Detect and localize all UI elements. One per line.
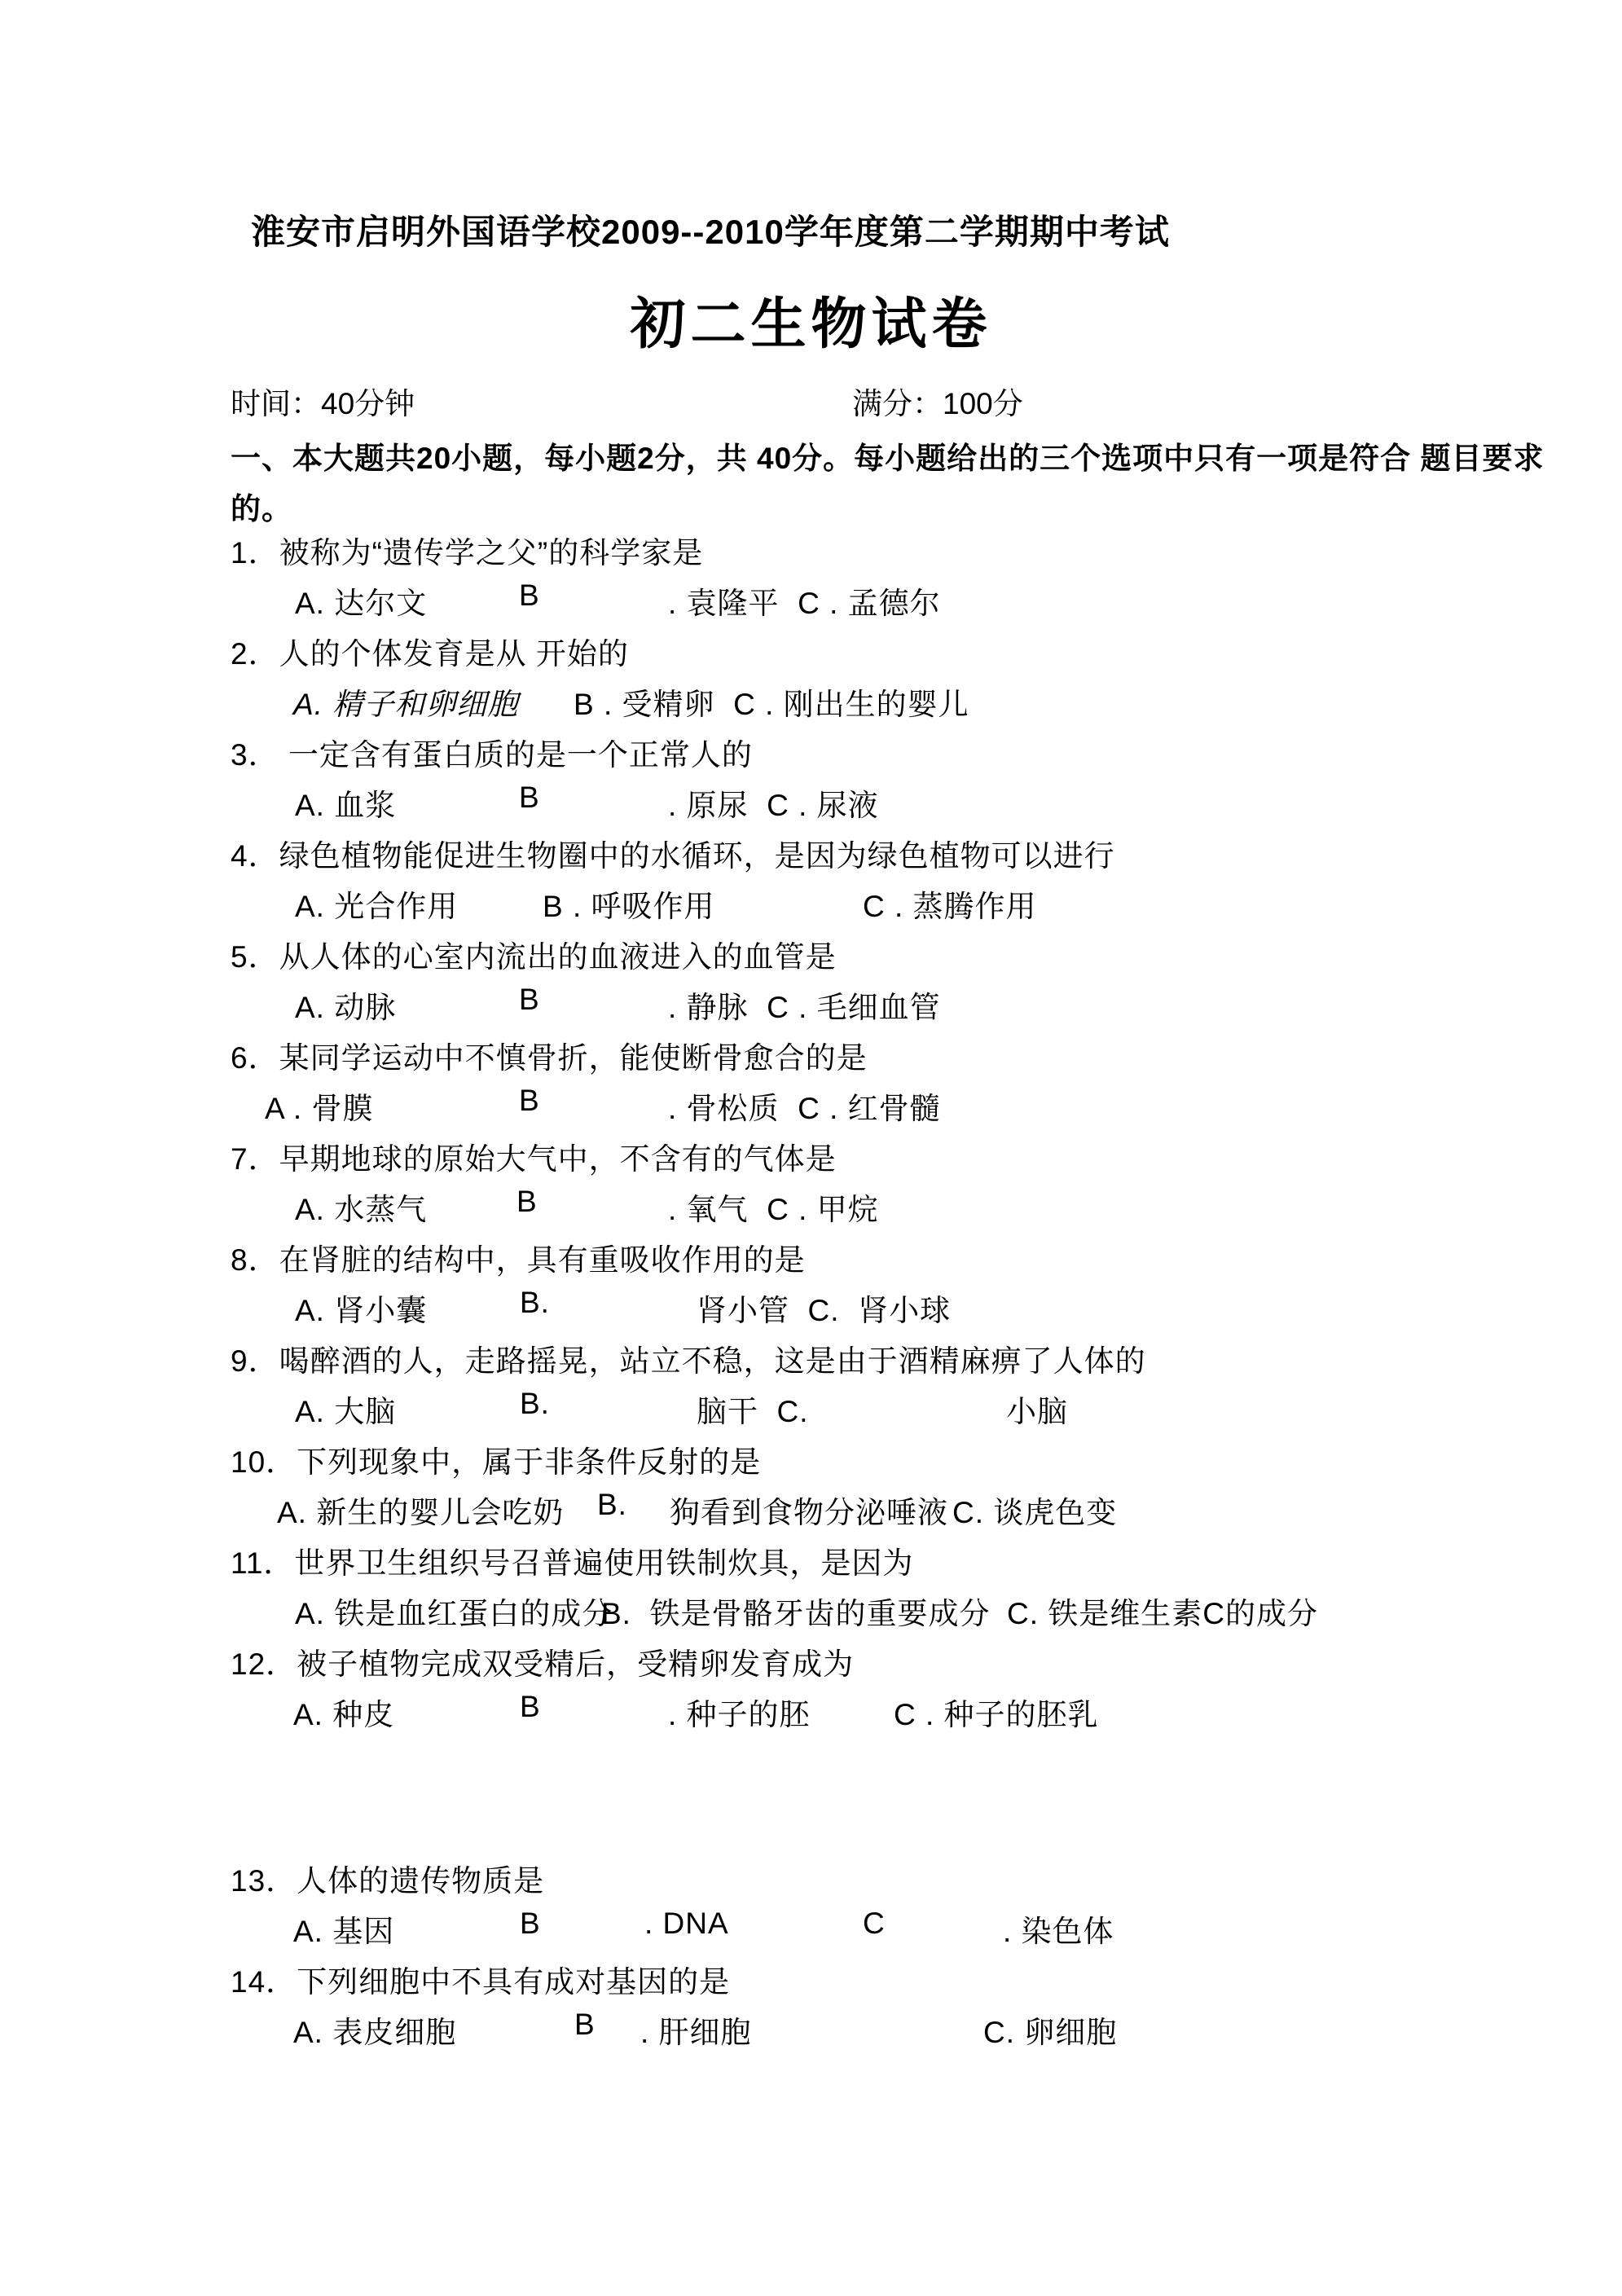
- question-options-line: A. 种皮B. 种子的胚C . 种子的胚乳: [0, 1690, 1622, 1727]
- option-segment: C . 蒸腾作用: [863, 882, 1037, 926]
- question-options-line: A. 肾小囊B.肾小管 C. 肾小球: [0, 1286, 1622, 1323]
- question-stem: 1．被称为“遗传学之父”的科学家是: [231, 528, 703, 572]
- option-segment: B: [516, 1185, 538, 1219]
- option-segment: A. 水蒸气: [295, 1185, 427, 1229]
- option-segment: C. 卵细胞: [983, 2008, 1117, 2052]
- question-options-line: A. 基因B. DNAC. 染色体: [0, 1907, 1622, 1944]
- question-options-line: A. 铁是血红蛋白的成分B. 铁是骨骼牙齿的重要成分C. 铁是维生素C的成分: [0, 1589, 1622, 1626]
- question-stem: 9．喝醉酒的人，走路摇晃，站立不稳，这是由于酒精麻痹了人体的: [231, 1336, 1146, 1380]
- option-segment: A. 新生的婴儿会吃奶: [277, 1488, 564, 1532]
- question-stem: 14．下列细胞中不具有成对基因的是: [231, 1957, 730, 2001]
- question-options-line: A. 大脑B.脑干 C.小脑: [0, 1387, 1622, 1424]
- option-segment: A. 表皮细胞: [293, 2008, 456, 2052]
- option-segment: B: [574, 2008, 596, 2042]
- option-segment: A. 达尔文: [295, 578, 427, 622]
- option-segment: C. 铁是维生素C的成分: [1007, 1589, 1318, 1633]
- question-stem: 3． 一定含有蛋白质的是一个正常人的: [231, 730, 753, 774]
- option-segment: C. 谈虎色变: [952, 1488, 1117, 1532]
- option-segment: . 染色体: [1003, 1907, 1114, 1951]
- option-segment: . 种子的胚: [668, 1690, 811, 1734]
- option-segment: B: [519, 983, 540, 1017]
- option-segment: A. 动脉: [295, 983, 396, 1027]
- option-segment: A. 光合作用: [295, 882, 458, 926]
- question-stem: 4．绿色植物能促进生物圈中的水循环，是因为绿色植物可以进行: [231, 831, 1115, 875]
- option-segment: 肾小管 C. 肾小球: [697, 1286, 951, 1330]
- question-stem: 7．早期地球的原始大气中，不含有的气体是: [231, 1134, 837, 1178]
- option-segment: 狗看到食物分泌唾液: [670, 1488, 948, 1532]
- option-segment: 脑干 C.: [697, 1387, 809, 1431]
- question-options-line: A. 新生的婴儿会吃奶B.狗看到食物分泌唾液C. 谈虎色变: [0, 1488, 1622, 1525]
- option-segment: . 原尿 C . 尿液: [668, 781, 879, 825]
- option-segment: . 骨松质 C . 红骨髓: [668, 1084, 941, 1128]
- option-segment: C: [863, 1907, 886, 1941]
- option-segment: . 静脉 C . 毛细血管: [668, 983, 941, 1027]
- question-stem: 10．下列现象中，属于非条件反射的是: [231, 1437, 761, 1481]
- question-stem: 11．世界卫生组织号召普遍使用铁制炊具，是因为: [231, 1538, 913, 1582]
- question-stem: 12．被子植物完成双受精后，受精卵发育成为: [231, 1639, 854, 1683]
- option-segment: B . 受精卵 C . 刚出生的婴儿: [574, 680, 969, 724]
- option-segment: . DNA: [644, 1907, 729, 1941]
- option-segment: B: [520, 1690, 541, 1724]
- option-segment: A. 精子和卵细胞: [293, 680, 518, 724]
- option-segment: B.: [520, 1387, 550, 1421]
- option-segment: A. 血浆: [295, 781, 396, 825]
- question-options-line: A. 精子和卵细胞B . 受精卵 C . 刚出生的婴儿: [0, 680, 1622, 717]
- question-stem: 5．从人体的心室内流出的血液进入的血管是: [231, 932, 837, 976]
- question-stem: 13．人体的遗传物质是: [231, 1856, 544, 1900]
- option-segment: B.: [520, 1286, 550, 1320]
- page-title: 初二生物试卷: [0, 280, 1622, 359]
- option-segment: A. 铁是血红蛋白的成分: [295, 1589, 613, 1633]
- option-segment: C . 种子的胚乳: [894, 1690, 1099, 1734]
- option-segment: A. 肾小囊: [295, 1286, 427, 1330]
- section-instructions-line1: 一、本大题共20小题，每小题2分，共 40分。每小题给出的三个选项中只有一项是符…: [231, 433, 1544, 477]
- option-segment: B: [519, 1084, 540, 1118]
- question-stem: 2．人的个体发育是从 开始的: [231, 629, 629, 673]
- school-header: 淮安市启明外国语学校2009--2010学年度第二学期期中考试: [251, 205, 1170, 254]
- option-segment: B . 呼吸作用: [543, 882, 715, 926]
- exam-paper-page: 淮安市启明外国语学校2009--2010学年度第二学期期中考试 初二生物试卷 时…: [0, 0, 1622, 2296]
- option-segment: . 袁隆平 C . 孟德尔: [668, 578, 941, 622]
- option-segment: B: [519, 781, 540, 815]
- section-instructions-line2: 的。: [231, 484, 292, 528]
- option-segment: A. 大脑: [295, 1387, 396, 1431]
- option-segment: A. 种皮: [293, 1690, 394, 1734]
- exam-time-label: 时间：40分钟: [231, 379, 415, 423]
- option-segment: B. 铁是骨骼牙齿的重要成分: [601, 1589, 991, 1633]
- option-segment: B: [519, 578, 540, 613]
- question-options-line: A. 表皮细胞B. 肝细胞C. 卵细胞: [0, 2008, 1622, 2045]
- option-segment: B.: [597, 1488, 627, 1522]
- question-options-line: A. 动脉B. 静脉 C . 毛细血管: [0, 983, 1622, 1020]
- option-segment: A. 基因: [293, 1907, 394, 1951]
- option-segment: . 肝细胞: [640, 2008, 752, 2052]
- question-stem: 6．某同学运动中不慎骨折，能使断骨愈合的是: [231, 1033, 868, 1077]
- question-options-line: A. 光合作用B . 呼吸作用C . 蒸腾作用: [0, 882, 1622, 919]
- question-options-line: A. 水蒸气B. 氧气 C . 甲烷: [0, 1185, 1622, 1222]
- question-options-line: A. 血浆B. 原尿 C . 尿液: [0, 781, 1622, 818]
- option-segment: B: [520, 1907, 541, 1941]
- option-segment: . 氧气 C . 甲烷: [668, 1185, 879, 1229]
- question-stem: 8．在肾脏的结构中，具有重吸收作用的是: [231, 1235, 806, 1279]
- option-segment: A . 骨膜: [265, 1084, 373, 1128]
- option-segment: 小脑: [1006, 1387, 1068, 1431]
- exam-full-score-label: 满分：100分: [852, 379, 1023, 423]
- question-options-line: A . 骨膜B. 骨松质 C . 红骨髓: [0, 1084, 1622, 1121]
- question-options-line: A. 达尔文B. 袁隆平 C . 孟德尔: [0, 578, 1622, 616]
